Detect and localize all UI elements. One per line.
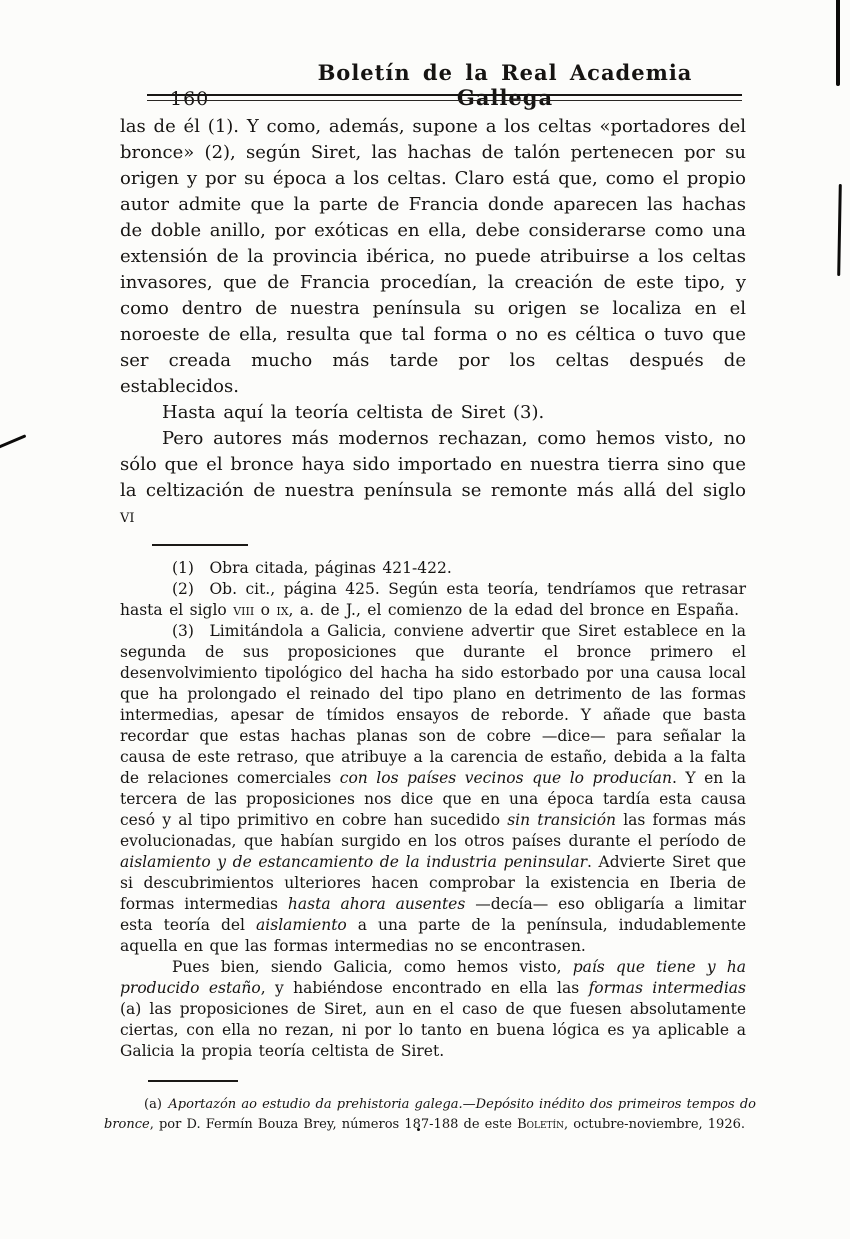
header-rule xyxy=(147,94,742,101)
paragraph-2: Hasta aquí la teoría celtista de Siret (… xyxy=(120,400,746,426)
paragraph-1: las de él (1). Y como, además, supone a … xyxy=(120,114,746,400)
footnote-separator xyxy=(152,544,248,546)
text-column: las de él (1). Y como, además, supone a … xyxy=(120,114,746,1135)
scanned-document-page: { "page": { "number": "160", "header_tit… xyxy=(0,0,850,1239)
footnote-2: (2) Ob. cit., página 425. Según esta teo… xyxy=(120,579,746,621)
scan-artifact-right-top xyxy=(836,0,840,86)
footnotes-block: (1) Obra citada, páginas 421-422. (2) Ob… xyxy=(120,558,746,1062)
page-header: 160 Boletín de la Real Academia Gallega xyxy=(148,60,742,110)
scan-artifact-right-middle xyxy=(837,184,842,276)
note-a-separator xyxy=(148,1080,238,1082)
footnote-1: (1) Obra citada, páginas 421-422. xyxy=(120,558,746,579)
footnote-3: (3) Limitándola a Galicia, conviene adve… xyxy=(120,621,746,957)
scan-artifact-dot xyxy=(417,1128,420,1131)
journal-title: Boletín de la Real Academia Gallega xyxy=(268,60,742,110)
scan-artifact-pen-mark xyxy=(0,434,26,448)
paragraph-3: Pero autores más modernos rechazan, como… xyxy=(120,426,746,530)
main-text-block: las de él (1). Y como, además, supone a … xyxy=(120,114,746,530)
footnote-a: (a) Aportazón ao estudio da prehistoria … xyxy=(104,1095,756,1135)
footnote-paragraph-pues-bien: Pues bien, siendo Galicia, como hemos vi… xyxy=(120,957,746,1062)
